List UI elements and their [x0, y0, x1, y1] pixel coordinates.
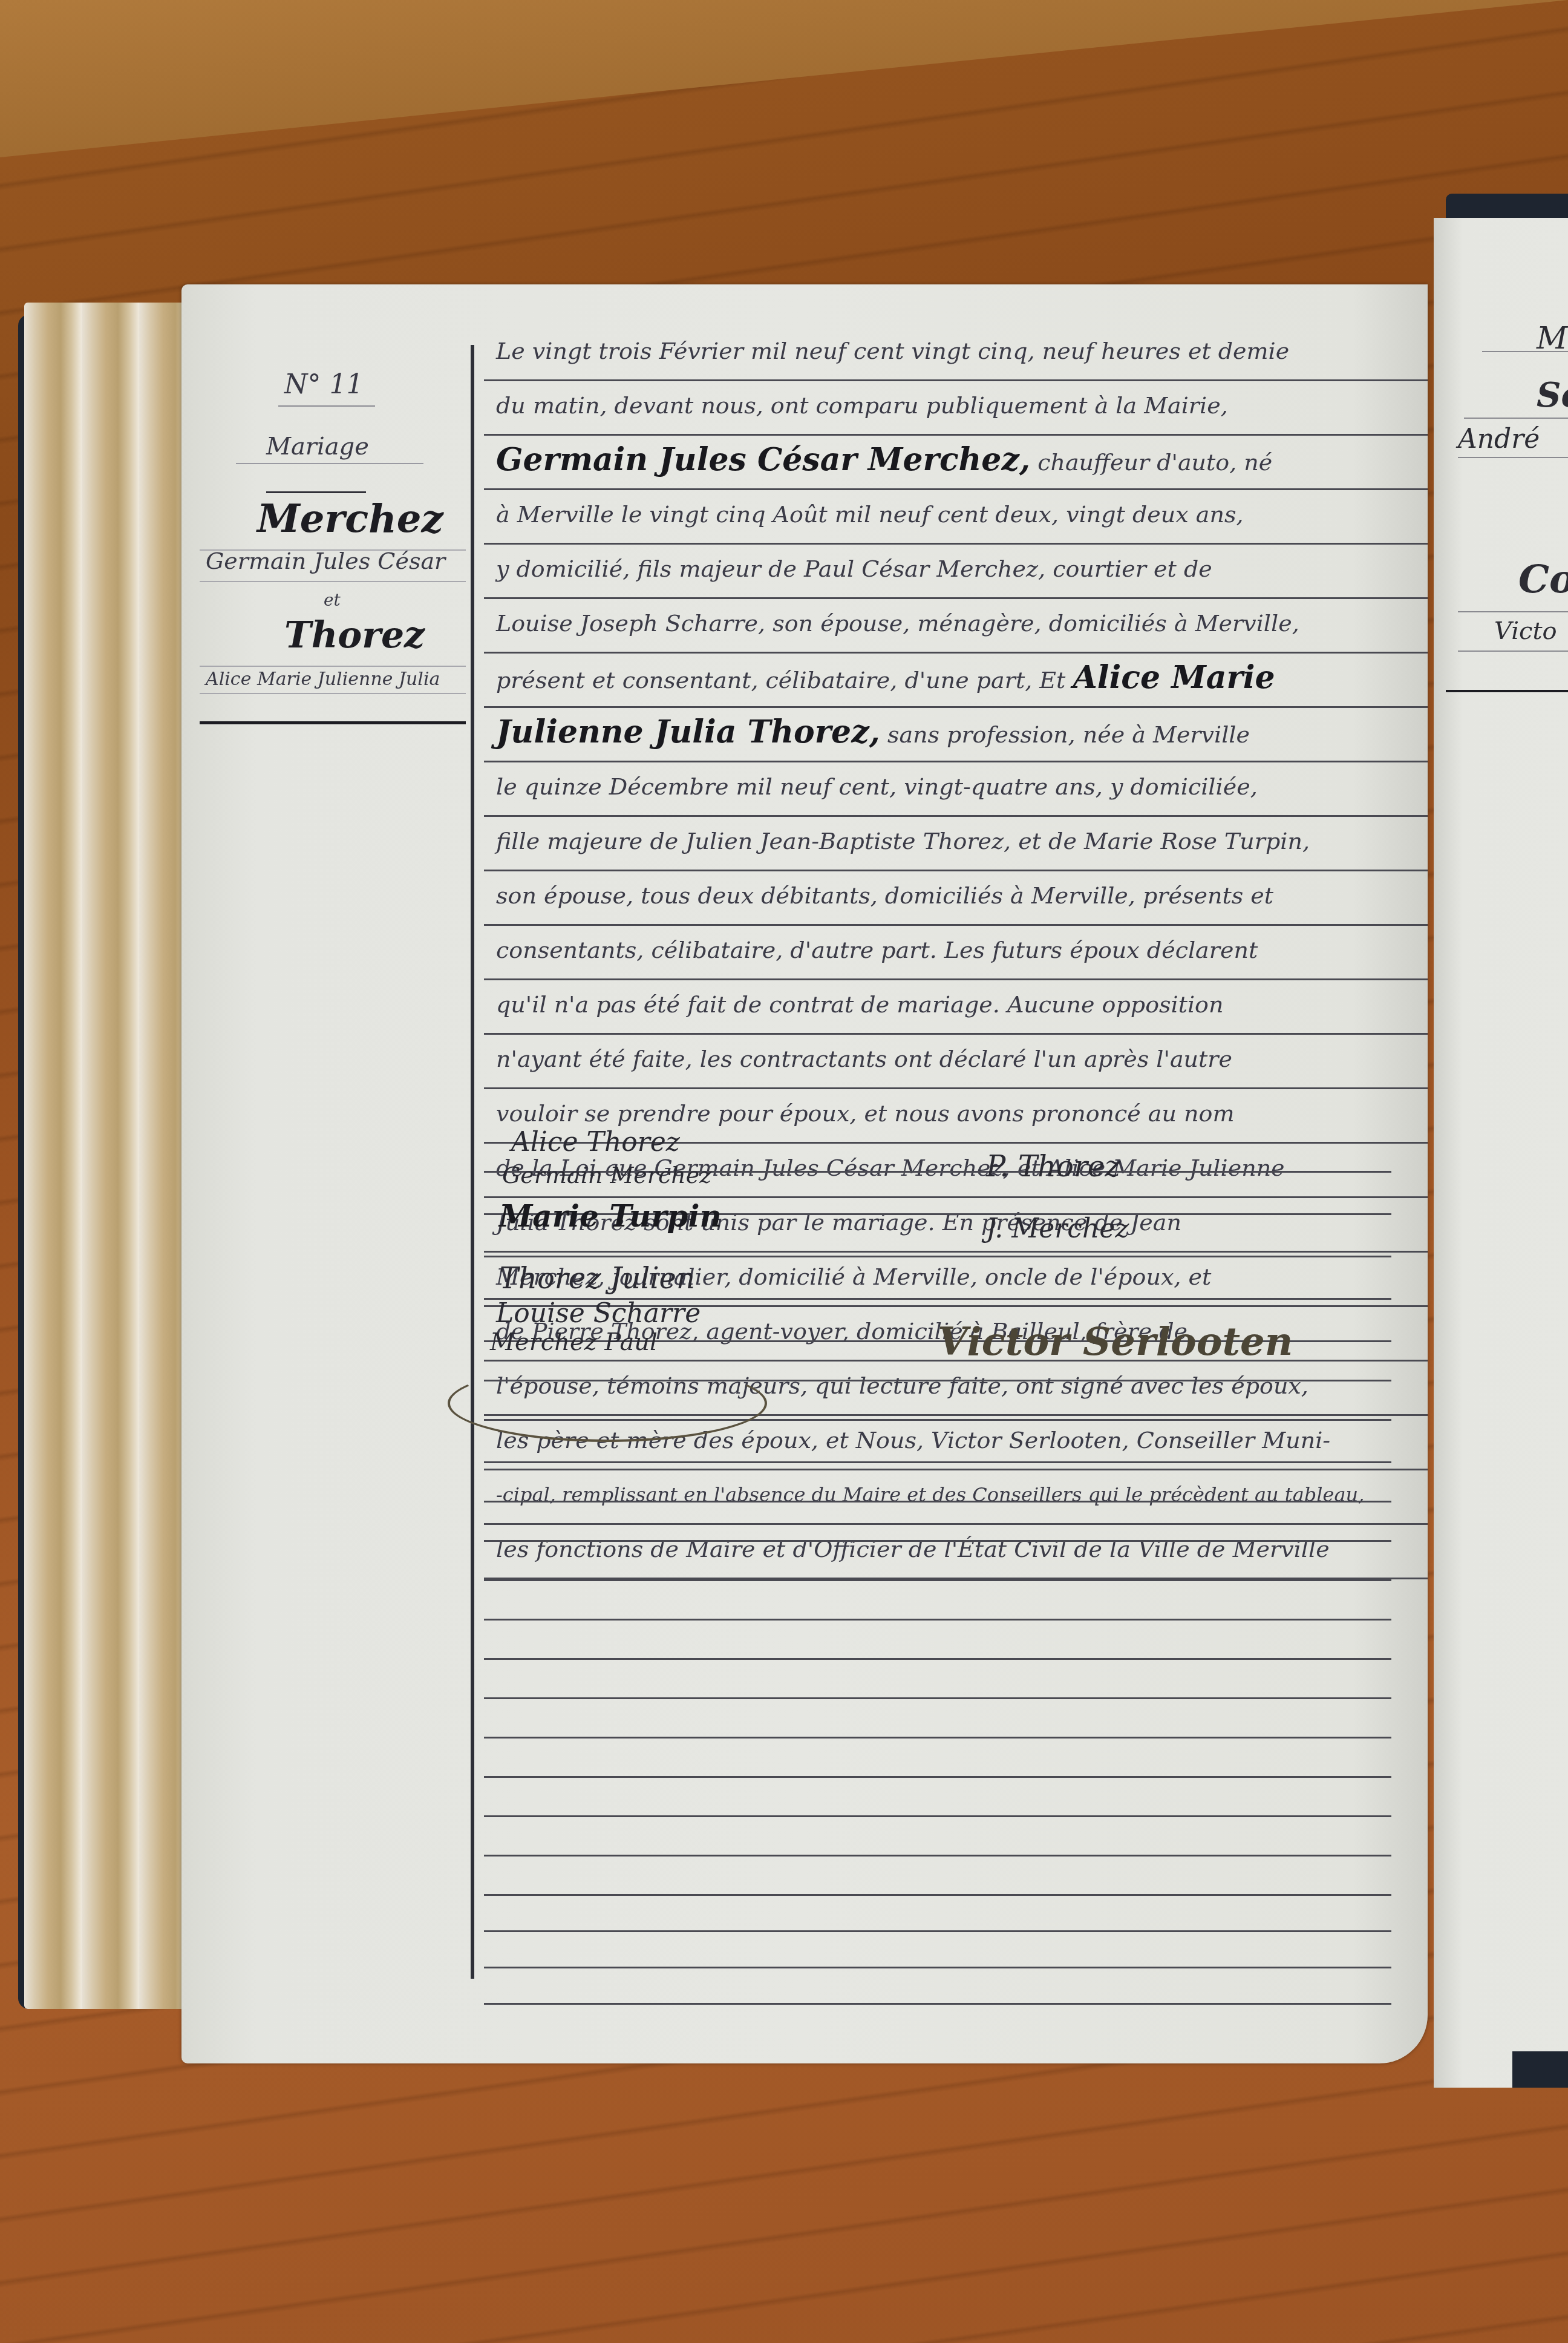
ruled-line	[200, 581, 466, 582]
ruled-line	[1464, 418, 1568, 419]
ruled-line	[484, 1815, 1391, 1817]
signature-bride: Alice Thorez	[511, 1127, 680, 1158]
ruled-line	[1482, 351, 1568, 352]
groom-surname: Merchez	[257, 496, 443, 542]
facing-fragment: Victo	[1494, 617, 1557, 645]
ruled-line	[484, 1930, 1391, 1932]
ruled-line	[484, 1697, 1391, 1699]
text-line: qu'il n'a pas été fait de contrat de mar…	[484, 980, 1428, 1035]
text-line: du matin, devant nous, ont comparu publi…	[484, 381, 1428, 436]
signature-groom: Germain Merchez	[502, 1162, 711, 1188]
ruled-line	[484, 1579, 1391, 1581]
ruled-line	[1458, 611, 1568, 612]
ruled-line	[1458, 457, 1568, 458]
text-line: consentants, célibataire, d'autre part. …	[484, 926, 1428, 980]
ruled-line	[484, 1256, 1391, 1257]
signature-witness-1: P. Thorez	[986, 1150, 1120, 1184]
ruled-line	[484, 1619, 1391, 1620]
column-divider	[471, 345, 474, 1979]
bride-given-names: Alice Marie Julienne Julia	[206, 669, 440, 690]
facing-end-rule	[1446, 690, 1568, 692]
bride-surname: Thorez	[284, 614, 425, 657]
signature-witness-2: J. Merchez	[986, 1213, 1129, 1244]
ruled-line	[484, 1737, 1391, 1738]
ruled-line	[484, 1776, 1391, 1778]
text-line: y domicilié, fils majeur de Paul César M…	[484, 545, 1428, 599]
text-line: Germain Jules César Merchez, chauffeur d…	[484, 436, 1428, 490]
facing-fragment: Co	[1518, 557, 1568, 602]
ruled-line	[484, 1501, 1391, 1502]
text-line: le quinze Décembre mil neuf cent, vingt-…	[484, 762, 1428, 817]
divider	[278, 405, 375, 407]
signature-flourish	[448, 1365, 767, 1442]
book-cover-right-bottom	[1512, 2051, 1568, 2088]
facing-fragment: André	[1458, 424, 1540, 454]
text-line: présent et consentant, célibataire, d'un…	[484, 654, 1428, 708]
groom-given-names: Germain Jules César	[206, 548, 445, 574]
ruled-line	[484, 1967, 1391, 1968]
signature-bride-father: Thorez Julien	[499, 1262, 695, 1296]
ruled-line	[484, 2003, 1391, 2005]
text-line: Louise Joseph Scharre, son épouse, ménag…	[484, 599, 1428, 654]
ruled-line	[484, 1540, 1391, 1542]
signature-bride-mother: Marie Turpin	[499, 1198, 722, 1234]
text-line: à Merville le vingt cinq Août mil neuf c…	[484, 490, 1428, 545]
text-line: Julienne Julia Thorez, sans profession, …	[484, 708, 1428, 762]
margin-end-rule	[200, 721, 466, 724]
signature-area: Alice Thorez Germain Merchez Marie Turpi…	[484, 1113, 1428, 2021]
text-line: fille majeure de Julien Jean-Baptiste Th…	[484, 817, 1428, 871]
signature-groom-father: Merchez Paul	[490, 1328, 658, 1356]
ruled-line	[484, 1894, 1391, 1896]
ruled-line	[484, 1855, 1391, 1856]
divider	[266, 491, 366, 493]
ruled-line	[484, 1658, 1391, 1660]
bride-name-part1: Alice Marie	[1073, 659, 1275, 696]
text-line: son épouse, tous deux débitants, domicil…	[484, 871, 1428, 926]
text-line: n'ayant été faite, les contractants ont …	[484, 1035, 1428, 1089]
page-stack-edge	[24, 303, 194, 2009]
entry-number: N° 11	[284, 369, 363, 400]
divider	[236, 463, 423, 464]
ruled-line	[484, 1461, 1391, 1463]
act-type: Mariage	[266, 433, 369, 460]
facing-fragment: Se	[1537, 375, 1568, 415]
ruled-line	[200, 666, 466, 667]
ruled-line	[200, 693, 466, 694]
signature-officer: Victor Serlooten	[938, 1319, 1293, 1365]
bride-name-part2: Julienne Julia Thorez,	[496, 713, 880, 750]
conjunction: et	[324, 590, 341, 610]
text-line: Le vingt trois Février mil neuf cent vin…	[484, 327, 1428, 381]
groom-full-name: Germain Jules César Merchez,	[496, 441, 1030, 478]
ruled-line	[1458, 650, 1568, 652]
signature-groom-mother: Louise Scharre	[496, 1298, 701, 1329]
facing-page	[1434, 218, 1568, 2088]
